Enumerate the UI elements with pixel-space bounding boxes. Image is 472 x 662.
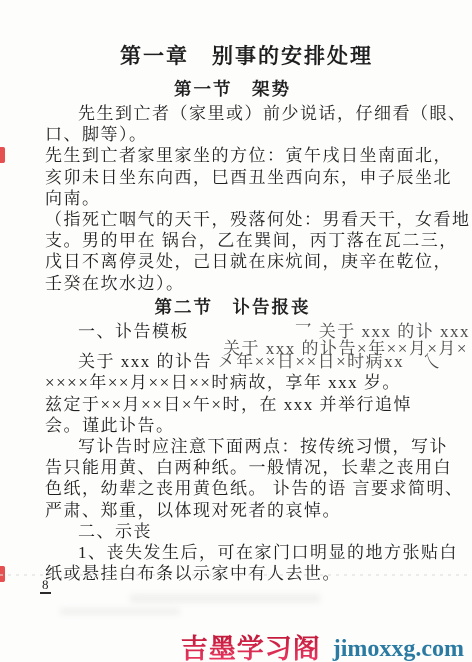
watermark-site-url: jimoxxg.com — [333, 636, 464, 662]
text-line: 色纸，幼辈之丧用黄色纸。 讣告的语 言要求简明、 — [45, 478, 448, 499]
scan-smudge — [130, 594, 320, 603]
text-line: 告只能用黄、白两种纸。一般情况，长辈之丧用白 — [45, 457, 448, 478]
site-watermark: 吉墨学习阁 jimoxxg.com — [0, 627, 464, 662]
text-line: 先生到亡者家里家坐的方位：寅午戌日坐南面北， — [45, 145, 448, 166]
page-number: 8 — [40, 578, 51, 594]
ghost-text-fragment: 㐅年××日××日×时病xx 乀 — [218, 352, 441, 371]
chapter-title: 第一章 别事的安排处理 — [45, 42, 448, 70]
text-line: 亥卯未日坐东向西，巳酉丑坐西向东，申子辰坐北 — [45, 167, 448, 188]
section2-heading: 第二节 讣告报丧 — [31, 296, 434, 319]
text-line: 壬癸在坎水边）。 — [45, 273, 448, 294]
text-line: 兹定于××月××日×午×时，在 xxx 并举行追悼 — [45, 394, 448, 415]
text-line: 支。男的甲在 锅台，乙在巽间，丙丁落在瓦二三， — [45, 230, 448, 251]
scan-smudge — [60, 608, 180, 615]
red-margin-mark-top — [0, 147, 5, 163]
watermark-site-name: 吉墨学习阁 — [181, 627, 321, 662]
scanned-book-page: 第一章 别事的安排处理 第一节 架势 先生到亡者（家里或）前少说话，仔细看（眼、… — [0, 0, 472, 662]
text-line: 口、脚等）。 — [45, 124, 448, 145]
section1-heading: 第一节 架势 — [31, 78, 434, 101]
text-line: 会。谨此讣告。 — [45, 415, 448, 436]
text-line: 严肃、郑重，以体现对死者的哀悼。 — [45, 500, 448, 521]
text-line: ××××年××月××日××时病故，享年 xxx 岁。 — [45, 372, 448, 393]
text-line: 纸或悬挂白布条以示家中有人去世。 — [45, 563, 448, 584]
text-line: 戊日不离停灵处，己日就在床炕间，庚辛在乾位， — [45, 251, 448, 272]
text-line: 1、丧失发生后，可在家门口明显的地方张贴白 — [45, 542, 448, 563]
page-content: 第一章 别事的安排处理 第一节 架势 先生到亡者（家里或）前少说话，仔细看（眼、… — [45, 42, 448, 584]
text-line: 写讣告时应注意下面两点：按传统习惯，写讣 — [45, 436, 448, 457]
text-line: 向南。 — [45, 188, 448, 209]
notice-item2-label: 二、示丧 — [45, 521, 448, 542]
text-line: 先生到亡者（家里或）前少说话，仔细看（眼、 — [45, 103, 448, 124]
text-line: （指死亡咽气的天干，殁落何处：男看天干，女看地 — [45, 209, 448, 230]
